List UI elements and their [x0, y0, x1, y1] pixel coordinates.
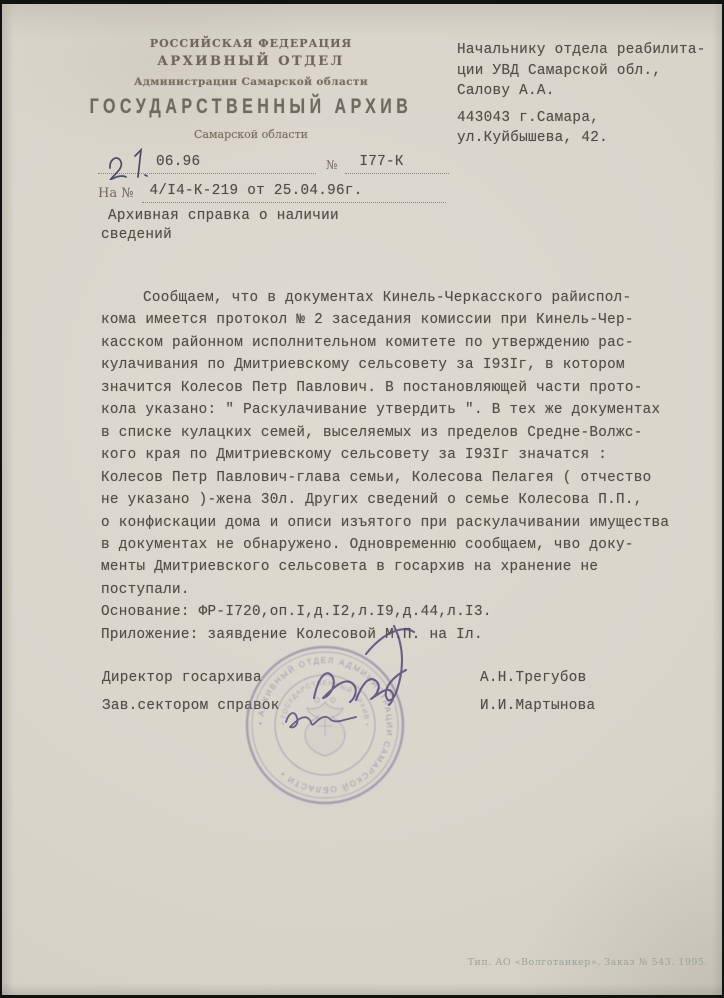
body-line: менты Дмитриевского сельсовета в госархи… — [101, 556, 676, 578]
number-rule: I77-К — [345, 152, 449, 174]
addressee-block: Начальнику отдела реабилита- ции УВД Сам… — [457, 40, 706, 149]
addressee-line: Начальнику отдела реабилита- — [457, 40, 706, 61]
body-line: кулачивания по Дмитриевскому сельсовету … — [101, 354, 676, 376]
body-line: в списке кулацких семей, выселяемых из п… — [101, 422, 676, 444]
reply-reference-line: На № 4/I4-К-219 от 25.04.96г. — [98, 179, 446, 203]
signature-name-tregubov: А.Н.Трегубов — [480, 670, 587, 686]
subject-line: Архивная справка о наличии — [101, 207, 339, 226]
body-line: Колесов Петр Павлович-глава семьи, Колес… — [101, 467, 676, 489]
reply-label: На № — [98, 186, 134, 203]
martynova-signature — [286, 713, 356, 727]
subject-line: сведений — [101, 226, 339, 245]
letterhead-administration: Администрации Самарской области — [86, 76, 416, 88]
letterhead: РОССИЙСКАЯ ФЕДЕРАЦИЯ АРХИВНЫЙ ОТДЕЛ Адми… — [86, 37, 416, 141]
body-line: не указано )-жена 30л. Других сведений о… — [101, 489, 676, 511]
body-line: Сообщаем, что в документах Кинель-Черкас… — [101, 287, 676, 309]
reply-number: 4/I4-К-219 от 25.04.96г. — [142, 183, 363, 199]
subject-block: Архивная справка о наличии сведений — [101, 207, 339, 245]
addressee-line: Салову А.А. — [457, 81, 706, 102]
body-text: Сообщаем, что в документах Кинель-Черкас… — [101, 287, 676, 646]
printers-imprint: Тип. АО «Волготанкер». Заказ № 543. 1995… — [468, 957, 708, 968]
handwritten-signatures — [270, 612, 460, 742]
tregubov-signature — [314, 626, 414, 705]
letterhead-region: Самарской области — [86, 128, 416, 141]
signature-name-martynova: И.И.Мартынова — [480, 698, 595, 714]
body-line: кого края по Дмитриевскому сельсовету за… — [101, 444, 676, 466]
letterhead-department: АРХИВНЫЙ ОТДЕЛ — [86, 54, 416, 69]
addressee-line: ул.Куйбышева, 42. — [457, 128, 706, 149]
body-line: о конфискации дома и описи изъятого при … — [101, 512, 676, 534]
addressee-line: 443043 г.Самара, — [457, 108, 706, 129]
letterhead-country: РОССИЙСКАЯ ФЕДЕРАЦИЯ — [86, 37, 416, 50]
body-line: кола указано: " Раскулачивание утвердить… — [101, 399, 676, 421]
body-line: в документах не обнаружено. Одновременню… — [101, 534, 676, 556]
scanned-archive-letter: РОССИЙСКАЯ ФЕДЕРАЦИЯ АРХИВНЫЙ ОТДЕЛ Адми… — [0, 0, 724, 998]
addressee-line: ции УВД Самарской обл., — [457, 61, 706, 82]
body-line: поступали. — [101, 579, 676, 601]
number-sign: № — [326, 158, 337, 174]
body-line: кома имеется протокол № 2 заседания коми… — [101, 309, 676, 331]
body-line: значится Колесов Петр Павлович. В постан… — [101, 377, 676, 399]
outgoing-number: I77-К — [345, 154, 403, 170]
reply-rule: 4/I4-К-219 от 25.04.96г. — [142, 181, 446, 203]
body-line: касском районном исполнительном комитете… — [101, 332, 676, 354]
letterhead-organization: ГОСУДАРСТВЕННЫЙ АРХИВ — [86, 96, 416, 119]
handwritten-date-day — [102, 144, 162, 180]
